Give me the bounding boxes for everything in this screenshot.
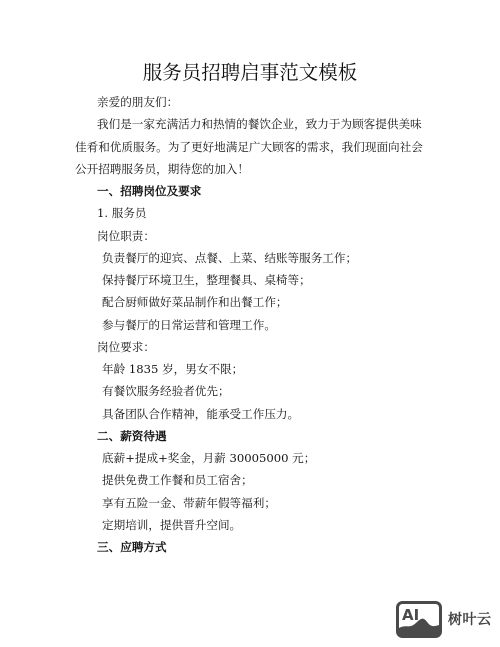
salary-item: 提供免费工作餐和员工宿舍； (75, 469, 425, 491)
duty-item: 配合厨师做好菜品制作和出餐工作； (75, 291, 425, 313)
position-title: 1. 服务员 (75, 202, 425, 224)
document-title: 服务员招聘启事范文模板 (0, 61, 500, 85)
intro-line: 公开招聘服务员，期待您的加入！ (75, 158, 425, 180)
section-heading-application: 三、应聘方式 (75, 536, 425, 558)
requirement-item: 年龄 1835 岁，男女不限； (75, 358, 425, 380)
requirement-item: 有餐饮服务经验者优先； (75, 380, 425, 402)
requirement-item: 具备团队合作精神，能承受工作压力。 (75, 403, 425, 425)
greeting: 亲爱的朋友们： (75, 91, 425, 113)
duty-item: 参与餐厅的日常运营和管理工作。 (75, 314, 425, 336)
intro-line: 我们是一家充满活力和热情的餐饮企业，致力于为顾客提供美味 (75, 113, 425, 135)
ai-logo-icon: AI (396, 601, 442, 638)
requirements-label: 岗位要求： (75, 336, 425, 358)
salary-item: 定期培训，提供晋升空间。 (75, 514, 425, 536)
brand-name: 树叶云 (448, 609, 492, 629)
section-heading-positions: 一、招聘岗位及要求 (75, 180, 425, 202)
svg-text:AI: AI (402, 606, 419, 624)
salary-item: 底薪+提成+奖金，月薪 30005000 元； (75, 447, 425, 469)
duty-item: 负责餐厅的迎宾、点餐、上菜、结账等服务工作； (75, 247, 425, 269)
salary-item: 享有五险一金、带薪年假等福利； (75, 492, 425, 514)
duty-item: 保持餐厅环境卫生，整理餐具、桌椅等； (75, 269, 425, 291)
section-heading-salary: 二、薪资待遇 (75, 425, 425, 447)
watermark: AI 树叶云 (396, 600, 496, 638)
duties-label: 岗位职责： (75, 225, 425, 247)
intro-line: 佳肴和优质服务。为了更好地满足广大顾客的需求，我们现面向社会 (75, 136, 425, 158)
document-body: 亲爱的朋友们： 我们是一家充满活力和热情的餐饮企业，致力于为顾客提供美味 佳肴和… (75, 91, 425, 558)
